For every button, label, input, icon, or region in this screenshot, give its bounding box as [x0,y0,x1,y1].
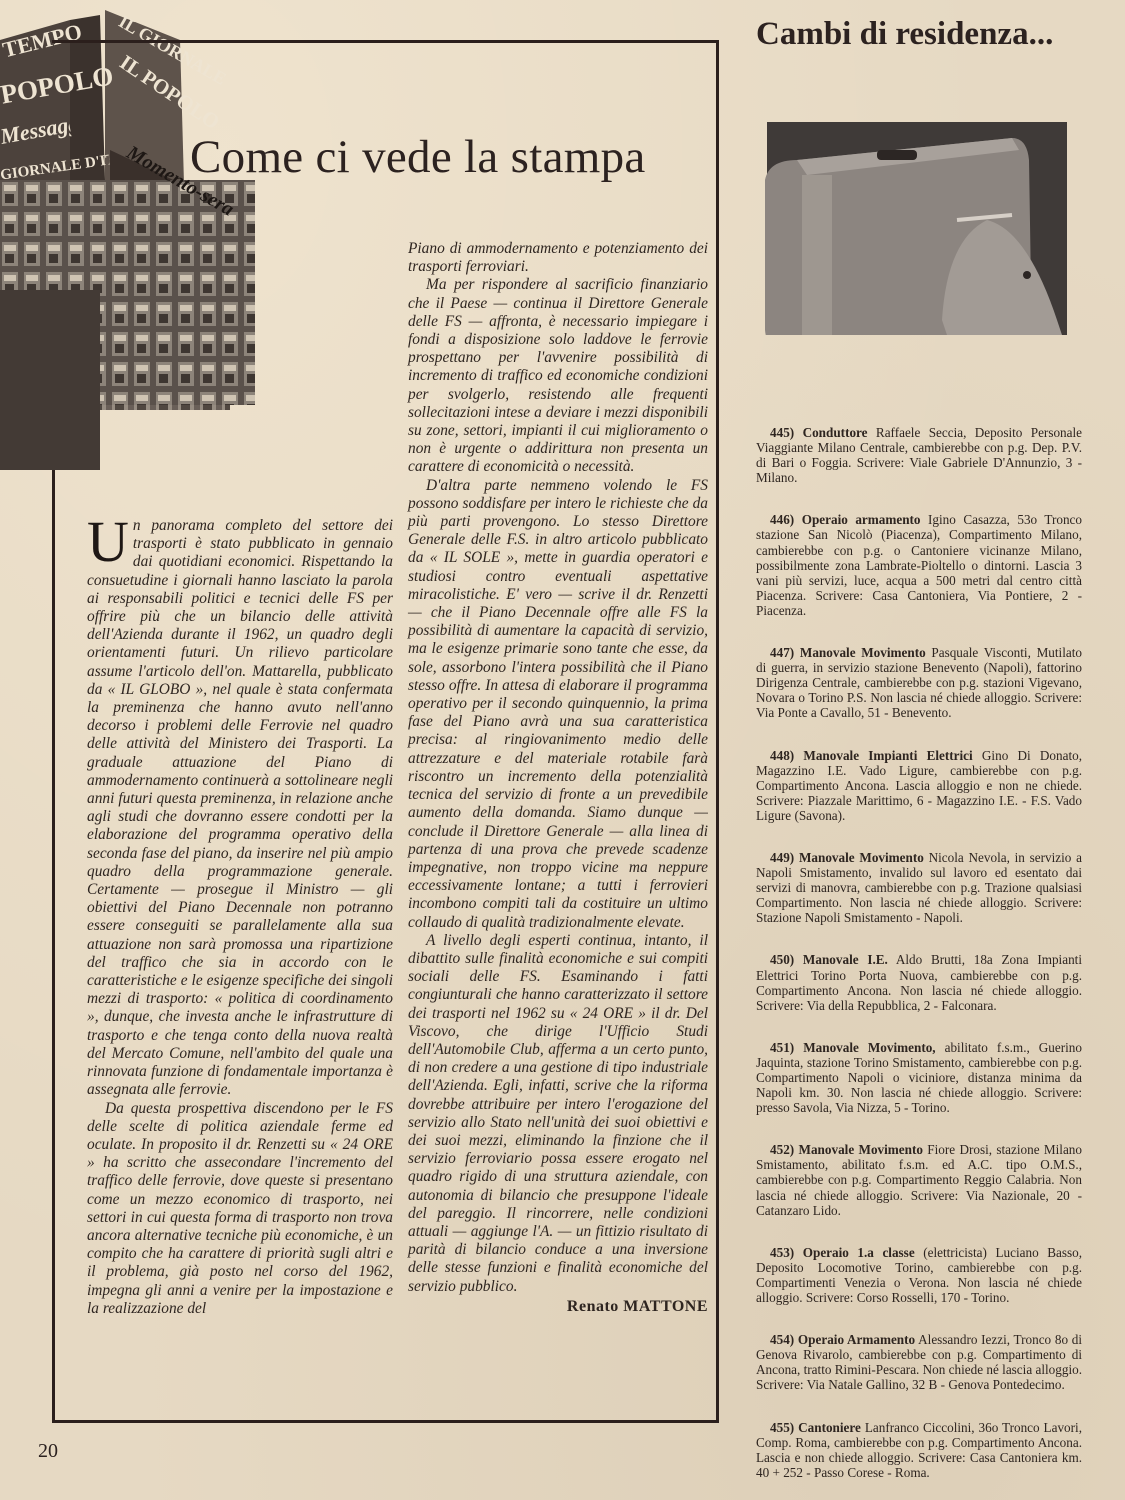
listing-entry: 450) Manovale I.E. Aldo Brutti, 18a Zona… [756,952,1082,1012]
listing-entry: 448) Manovale Impianti Elettrici Gino Di… [756,748,1082,823]
listing-entry: 447) Manovale Movimento Pasquale Viscont… [756,645,1082,720]
frame-bottom-border [52,1420,719,1423]
listing-entry: 455) Cantoniere Lanfranco Ciccolini, 36o… [756,1420,1082,1480]
residence-listings: 445) Conduttore Raffaele Seccia, Deposit… [756,425,1082,1500]
article-left-column: Un panorama completo del settore dei tra… [87,517,393,1318]
listing-entry: 449) Manovale Movimento Nicola Nevola, i… [756,850,1082,925]
listing-entry: 445) Conduttore Raffaele Seccia, Deposit… [756,425,1082,485]
residence-section-title: Cambi di residenza... [756,16,1053,53]
article-paragraph: Da questa prospettiva discendono per le … [87,1100,393,1318]
article-paragraph: Un panorama completo del settore dei tra… [87,517,393,1100]
article-middle-column: Piano di ammodernamento e potenziamento … [408,240,708,1316]
article-paragraph: D'altra parte nemmeno volendo le FS poss… [408,477,708,932]
article-title: Come ci vede la stampa [190,130,646,184]
listing-entry: 453) Operaio 1.a classe (elettricista) L… [756,1245,1082,1305]
frame-left-border [52,470,55,1423]
listing-entry: 454) Operaio Armamento Alessandro Iezzi,… [756,1332,1082,1392]
page-number: 20 [38,1440,58,1463]
suitcase-image [757,120,1067,335]
article-paragraph: Ma per rispondere al sacrificio finanzia… [408,276,708,476]
listing-entry: 451) Manovale Movimento, abilitato f.s.m… [756,1040,1082,1115]
listing-entry: 452) Manovale Movimento Fiore Drosi, sta… [756,1142,1082,1217]
listing-entry: 446) Operaio armamento Igino Casazza, 53… [756,512,1082,618]
drop-cap: U [87,519,129,565]
article-paragraph: A livello degli esperti continua, intant… [408,932,708,1296]
author-byline: Renato MATTONE [408,1298,708,1316]
article-paragraph: Piano di ammodernamento e potenziamento … [408,240,708,276]
suitcase-photo [757,120,1067,335]
